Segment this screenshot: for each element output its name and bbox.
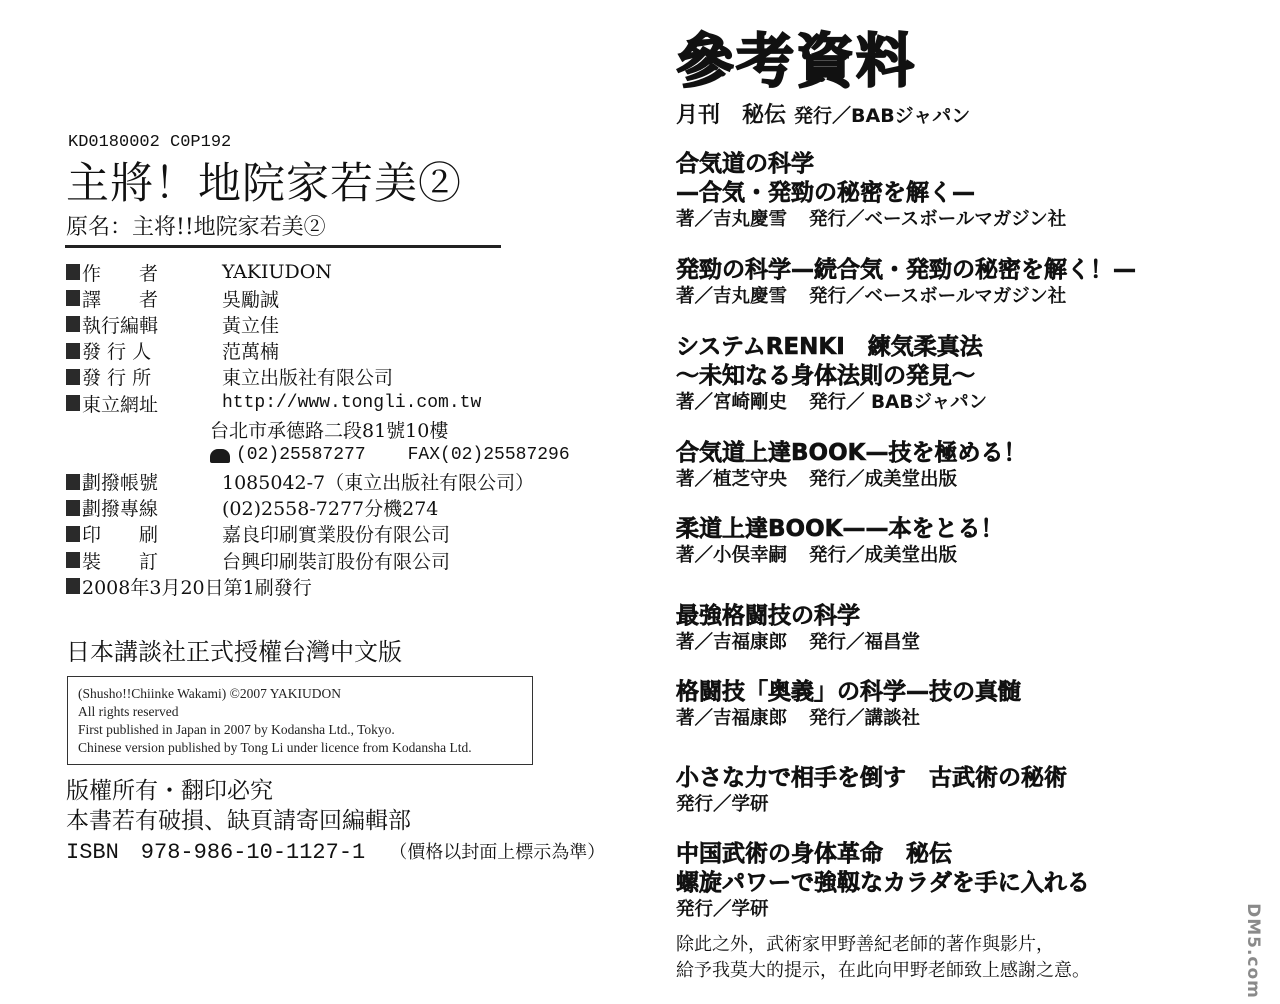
reference-entry: システムRENKI 練気柔真法 〜未知なる身体法則の発見〜 著／宮崎剛史発行／ … [676,333,987,415]
credit-row-editor: 執行編輯 黃立佳 [66,311,586,337]
credit-label: 作 者 [82,259,210,286]
credit-value: 嘉良印刷實業股份有限公司 [222,520,450,547]
entry-meta: 著／吉福康郎発行／講談社 [676,707,1021,731]
entry-meta: 著／植芝守央発行／成美堂出版 [676,468,1026,492]
credit-value: 1085042-7（東立出版社有限公司） [222,468,534,495]
credit-row-printing: 印 刷 嘉良印刷實業股份有限公司 [66,521,586,547]
copyright-line: First published in Japan in 2007 by Koda… [78,721,532,739]
bullet-square-icon [66,474,80,490]
credit-row-publisher-person: 發 行 人 范萬楠 [66,338,586,364]
credit-label: 裝 訂 [82,547,210,574]
credit-row-account: 劃撥帳號 1085042-7（東立出版社有限公司） [66,469,586,495]
entry-author: 著／吉丸慶雪 [676,286,787,307]
bullet-square-icon [66,264,80,280]
bullet-square-icon [66,500,80,516]
bullet-square-icon [66,395,80,411]
entry-title: システムRENKI 練気柔真法 [676,333,987,362]
credit-label: 發 行 所 [82,363,210,390]
phone-number: (02)25587277 [236,445,366,465]
entry-publisher: 発行／ベースボールマガジン社 [809,209,1066,230]
reference-entry: 発勁の科学—続合気・発勁の秘密を解く！— 著／吉丸慶雪発行／ベースボールマガジン… [676,256,1136,309]
entry-meta: 著／宮崎剛史発行／ BABジャパン [676,391,987,415]
credit-row-binding: 裝 訂 台興印刷裝訂股份有限公司 [66,547,586,573]
product-code: KD0180002 C0P192 [68,133,231,152]
entry-author: 著／吉丸慶雪 [676,209,787,230]
entry-publisher: 発行／学研 [676,794,769,815]
magazine-publisher: 発行／BABジャパン [794,105,970,127]
watermark-text: DM5.com [1243,903,1263,999]
credit-row-publisher: 發 行 所 東立出版社有限公司 [66,364,586,390]
entry-author: 著／吉福康郎 [676,708,787,729]
entry-meta: 発行／学研 [676,898,1090,922]
credit-label: 印 刷 [82,520,210,547]
credit-label: 譯 者 [82,285,210,312]
magazine-name: 月刊 秘伝 [676,103,786,128]
fax-number: FAX(02)25587296 [408,445,570,465]
credit-value: 吳勵誠 [222,285,279,312]
reference-entry: 中国武術の身体革命 秘伝 螺旋パワーで強靱なカラダを手に入れる 発行／学研 [676,840,1090,922]
credit-value: YAKIUDON [222,261,332,283]
entry-subtitle: 〜未知なる身体法則の発見〜 [676,362,987,391]
site-watermark: DM5.com [1241,905,1263,1000]
entry-author: 著／宮崎剛史 [676,392,787,413]
entry-title: 合気道上達BOOK—技を極める！ [676,439,1026,468]
telephone-icon [210,449,230,463]
copyright-line: All rights reserved [78,703,532,721]
address-row: 台北市承德路二段81號10樓 [66,416,586,442]
address: 台北市承德路二段81號10樓 [210,416,448,443]
bullet-square-icon [66,526,80,542]
phone-row: (02)25587277 FAX(02)25587296 [66,442,586,468]
rights-reserved: 版權所有・翻印必究 [66,776,605,806]
credits-list: 作 者 YAKIUDON 譯 者 吳勵誠 執行編輯 黃立佳 發 行 人 范萬楠 … [66,259,586,599]
references-subtitle: 月刊 秘伝発行／BABジャパン [676,98,970,129]
entry-meta: 著／小俣幸嗣発行／成美堂出版 [676,544,1003,568]
credit-label: 劃撥帳號 [82,468,210,495]
entry-author: 著／小俣幸嗣 [676,545,787,566]
entry-publisher: 発行／成美堂出版 [809,545,957,566]
entry-publisher: 発行／学研 [676,899,769,920]
entry-subtitle: 螺旋パワーで強靱なカラダを手に入れる [676,869,1090,898]
reference-entry: 小さな力で相手を倒す 古武術の秘術 発行／学研 [676,764,1067,817]
website-url[interactable]: http://www.tongli.com.tw [222,393,481,413]
bullet-square-icon [66,343,80,359]
price-note: （價格以封面上標示為準） [389,842,605,863]
credit-value: 東立出版社有限公司 [222,363,393,390]
acknowledgement: 除此之外，武術家甲野善紀老師的著作與影片， 給予我莫大的提示，在此向甲野老師致上… [676,932,1090,984]
divider-rule [65,245,501,248]
entry-publisher: 発行／講談社 [809,708,920,729]
entry-title: 最強格闘技の科学 [676,602,920,631]
isbn: ISBN 978-986-10-1127-1 [66,840,365,865]
bullet-square-icon [66,578,80,594]
credit-row-hotline: 劃撥專線 (02)2558-7277分機274 [66,495,586,521]
credit-row-website: 東立網址 http://www.tongli.com.tw [66,390,586,416]
closing-notices: 版權所有・翻印必究 本書若有破損、缺頁請寄回編輯部 ISBN 978-986-1… [66,776,605,868]
entry-title: 中国武術の身体革命 秘伝 [676,840,1090,869]
credit-row-translator: 譯 者 吳勵誠 [66,285,586,311]
entry-subtitle: —合気・発勁の秘密を解く— [676,179,1066,208]
original-title: 原名：主将!!地院家若美② [66,214,326,242]
entry-author: 著／植芝守央 [676,469,787,490]
copyright-line: (Shusho!!Chiinke Wakami) ©2007 YAKIUDON [78,685,532,703]
entry-publisher: 発行／成美堂出版 [809,469,957,490]
book-title: 主將！地院家若美② [66,158,462,210]
reference-entry: 柔道上達BOOK——本をとる！ 著／小俣幸嗣発行／成美堂出版 [676,515,1003,568]
reference-entry: 合気道上達BOOK—技を極める！ 著／植芝守央発行／成美堂出版 [676,439,1026,492]
credit-value: 台興印刷裝訂股份有限公司 [222,547,450,574]
isbn-row: ISBN 978-986-10-1127-1（價格以封面上標示為準） [66,836,605,868]
reference-entry: 最強格闘技の科学 著／吉福康郎発行／福昌堂 [676,602,920,655]
copyright-box: (Shusho!!Chiinke Wakami) ©2007 YAKIUDON … [67,676,533,765]
credit-value: 黃立佳 [222,311,279,338]
authorization-notice: 日本講談社正式授權台灣中文版 [66,632,402,667]
credit-label: 執行編輯 [82,311,210,338]
entry-author: 著／吉福康郎 [676,632,787,653]
entry-title: 格闘技「奥義」の科学—技の真髄 [676,678,1021,707]
entry-title: 柔道上達BOOK——本をとる！ [676,515,1003,544]
references-page: 參考資料 月刊 秘伝発行／BABジャパン 合気道の科学 —合気・発勁の秘密を解く… [620,0,1280,1004]
bullet-square-icon [66,316,80,332]
reference-entry: 合気道の科学 —合気・発勁の秘密を解く— 著／吉丸慶雪発行／ベースボールマガジン… [676,150,1066,232]
first-print-row: 2008年3月20日第1刷發行 [66,573,586,599]
entry-publisher: 発行／福昌堂 [809,632,920,653]
entry-meta: 発行／学研 [676,793,1067,817]
first-print-date: 2008年3月20日第1刷發行 [82,573,312,600]
credit-row-author: 作 者 YAKIUDON [66,259,586,285]
credit-label: 劃撥專線 [82,494,210,521]
bullet-square-icon [66,290,80,306]
reference-entry: 格闘技「奥義」の科学—技の真髄 著／吉福康郎発行／講談社 [676,678,1021,731]
copyright-line: Chinese version published by Tong Li und… [78,739,532,757]
references-heading: 參考資料 [676,26,916,96]
entry-meta: 著／吉丸慶雪発行／ベースボールマガジン社 [676,285,1136,309]
credit-label: 發 行 人 [82,337,210,364]
entry-title: 小さな力で相手を倒す 古武術の秘術 [676,764,1067,793]
entry-publisher: 発行／ BABジャパン [809,392,987,413]
credit-value: 范萬楠 [222,337,279,364]
bullet-square-icon [66,552,80,568]
entry-publisher: 発行／ベースボールマガジン社 [809,286,1066,307]
credit-label: 東立網址 [82,390,210,417]
entry-title: 合気道の科学 [676,150,1066,179]
entry-title: 発勁の科学—続合気・発勁の秘密を解く！— [676,256,1136,285]
bullet-square-icon [66,369,80,385]
acknowledgement-line: 給予我莫大的提示，在此向甲野老師致上感謝之意。 [676,958,1090,984]
damaged-notice: 本書若有破損、缺頁請寄回編輯部 [66,806,605,836]
colophon-page: KD0180002 C0P192 主將！地院家若美② 原名：主将!!地院家若美②… [0,0,620,1004]
entry-meta: 著／吉丸慶雪発行／ベースボールマガジン社 [676,208,1066,232]
entry-meta: 著／吉福康郎発行／福昌堂 [676,631,920,655]
acknowledgement-line: 除此之外，武術家甲野善紀老師的著作與影片， [676,932,1090,958]
credit-value: (02)2558-7277分機274 [222,494,438,521]
